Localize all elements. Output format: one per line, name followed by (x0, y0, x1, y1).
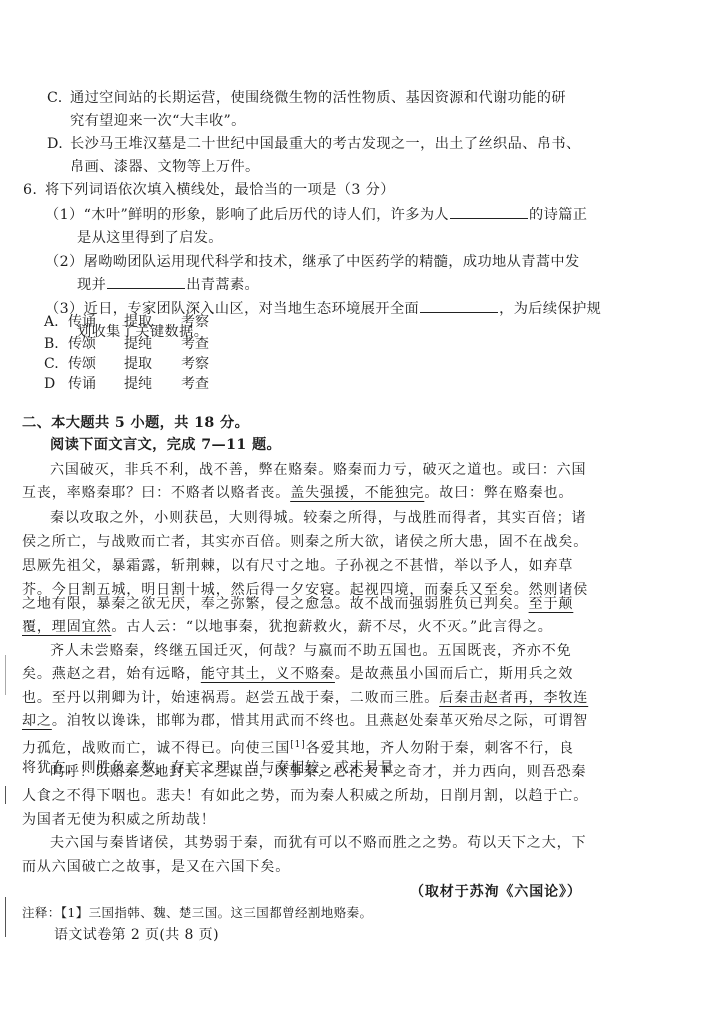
q6-blank-1[interactable] (450, 206, 528, 219)
passage-p3-line1: 齐人未尝赂秦，终继五国迁灭，何哉？与嬴而不助五国也。五国既丧，齐亦不免 (50, 641, 572, 661)
passage-p2-line5: 之地有限，暴秦之欲无厌，奉之弥繁，侵之愈急。故不战而强弱胜负已判矣。至于颠 (22, 594, 573, 614)
q6-sentence2-label: （2） (45, 254, 84, 270)
q6-sentence3-after: ，为后续保护规 (499, 301, 601, 317)
q6-sentence2-line1: 屠呦呦团队运用现代科学和技术，继承了中医药学的精髓，成功地从青蒿中发 (84, 254, 580, 270)
q6-choice-a-word1: 传诵 (68, 312, 96, 332)
q5-option-c-text-line2: 究有望迎来一次“大丰收”。 (70, 111, 246, 131)
q6-blank-3[interactable] (420, 300, 498, 313)
q6-sentence2: （2）屠呦呦团队运用现代科学和技术，继承了中医药学的精髓，成功地从青蒿中发 (45, 252, 580, 272)
q6-choice-b-word1: 传颂 (68, 334, 96, 354)
annotation-note: 注释：【1】三国指韩、魏、楚三国。这三国都曾经割地赂秦。 (22, 903, 372, 923)
passage-p1-line2: 互丧，率赂秦耶？曰：不赂者以赂者丧。盖失强援，不能独完。故曰：弊在赂秦也。 (22, 483, 573, 503)
passage-text: 。是故燕虽小国而后亡，斯用兵之效 (335, 666, 573, 682)
q6-choice-b-word2: 提纯 (124, 334, 152, 354)
page-footer: 语文试卷第 2 页(共 8 页) (54, 925, 219, 945)
q6-choice-c-label: C. (44, 354, 59, 374)
passage-text: 也。至丹以荆卿为计，始速祸焉。赵尝五战于秦，二败而三胜。 (22, 690, 439, 706)
passage-text: 。古人云：“以地事秦，犹抱薪救火，薪不尽，火不灭。”此言得之。 (111, 619, 552, 635)
passage-p5-line2: 而从六国破亡之故事，是又在六国下矣。 (22, 857, 290, 877)
passage-p1-line1: 六国破灭，非兵不利，战不善，弊在赂秦。赂秦而力亏，破灭之道也。或曰：六国 (50, 460, 586, 480)
q6-choice-c-word2: 提取 (124, 354, 152, 374)
passage-source: （取材于苏洵《六国论》） (410, 882, 582, 902)
scan-margin-mark (5, 786, 6, 804)
q6-choice-b-label: B. (44, 334, 59, 354)
q6-sentence1-label: （1） (45, 207, 84, 223)
passage-p3-line3: 也。至丹以荆卿为计，始速祸焉。赵尝五战于秦，二败而三胜。后秦击赵者再，李牧连 (22, 688, 588, 708)
passage-text: 。洎牧以谗诛，邯郸为郡，惜其用武而不终也。且燕赵处秦革灭殆尽之际，可谓智 (52, 713, 588, 729)
passage-p3-line2: 矣。燕赵之君，始有远略，能守其土，义不赂秦。是故燕虽小国而后亡，斯用兵之效 (22, 664, 573, 684)
q6-choice-d-word2: 提纯 (124, 374, 152, 394)
scan-margin-mark (5, 897, 6, 937)
passage-p4-line3: 为国者无使为积威之所劫哉！ (22, 810, 216, 830)
section2-instruction: 阅读下面文言文，完成 7—11 题。 (50, 435, 281, 455)
underlined-phrase: 覆，理固宜然 (22, 619, 111, 635)
q6-sentence1-after: 的诗篇正 (529, 207, 587, 223)
passage-p5-line1: 夫六国与秦皆诸侯，其势弱于秦，而犹有可以不赂而胜之之势。苟以天下之大，下 (50, 833, 586, 853)
passage-text: 。故曰：弊在赂秦也。 (424, 485, 573, 501)
passage-p2-line1: 秦以攻取之外，小则获邑，大则得城。较秦之所得，与战胜而得者，其实百倍；诸 (50, 508, 586, 528)
q6-choice-a[interactable]: A. 传诵 提取 考察 (44, 312, 344, 332)
passage-text: 矣。燕赵之君，始有远略， (22, 666, 201, 682)
q5-option-c-text-line1: 通过空间站的长期运营，使围绕微生物的活性物质、基因资源和代谢功能的研 (70, 88, 566, 108)
underlined-phrase: 却之 (22, 713, 52, 729)
underlined-phrase: 盖失强援，不能独完 (290, 485, 424, 501)
q6-stem: 将下列词语依次填入横线处，最恰当的一项是（3 分） (45, 180, 395, 200)
q6-choice-b-word3: 考查 (181, 334, 209, 354)
section2-heading: 二、本大题共 5 小题，共 18 分。 (22, 413, 249, 433)
q6-choice-b[interactable]: B. 传颂 提纯 考查 (44, 334, 344, 354)
q6-sentence2-line2: 现并出青蒿素。 (77, 275, 259, 295)
q5-option-d-label: D. (47, 134, 63, 154)
q6-number: 6. (23, 180, 37, 200)
q5-option-d-text-line1: 长沙马王堆汉墓是二十世纪中国最重大的考古发现之一，出土了丝织品、帛书、 (70, 134, 581, 154)
q6-choice-a-word3: 考察 (181, 312, 209, 332)
q6-choice-d-word1: 传诵 (68, 374, 96, 394)
q5-option-d-text-line2: 帛画、漆器、文物等上万件。 (70, 157, 260, 177)
passage-text: 力孤危，战败而亡，诚不得已。向使三国 (22, 741, 290, 757)
passage-p4-line1: 呜呼！以赂秦之地封天下之谋臣，以事秦之心礼天下之奇才，并力西向，则吾恐秦 (50, 762, 586, 782)
passage-text: 各爱其地，齐人勿附于秦，刺客不行，良 (306, 741, 574, 757)
q6-sentence1-line2: 是从这里得到了启发。 (77, 228, 223, 248)
passage-p2-line6: 覆，理固宜然。古人云：“以地事秦，犹抱薪救火，薪不尽，火不灭。”此言得之。 (22, 617, 553, 637)
q6-choice-d[interactable]: D 传诵 提纯 考查 (44, 374, 344, 394)
passage-p2-line3: 思厥先祖父，暴霜露，斩荆棘，以有尺寸之地。子孙视之不甚惜，举以予人，如弃草 (22, 556, 573, 576)
passage-p3-line4: 却之。洎牧以谗诛，邯郸为郡，惜其用武而不终也。且燕赵处秦革灭殆尽之际，可谓智 (22, 711, 588, 731)
underlined-phrase: 能守其土，义不赂秦 (201, 666, 335, 682)
q6-sentence2-after: 出青蒿素。 (186, 277, 259, 293)
q6-choice-d-word3: 考查 (181, 374, 209, 394)
q6-choice-d-label: D (44, 374, 55, 394)
footnote-marker[interactable]: [1] (290, 740, 305, 750)
underlined-phrase: 至于颠 (529, 596, 574, 612)
q6-sentence2-before: 现并 (77, 277, 106, 293)
q6-sentence1-before: “木叶”鲜明的形象，影响了此后历代的诗人们，许多为人 (84, 207, 449, 223)
q6-choice-c-word3: 考察 (181, 354, 209, 374)
q6-choice-a-word2: 提取 (124, 312, 152, 332)
q6-sentence1: （1）“木叶”鲜明的形象，影响了此后历代的诗人们，许多为人的诗篇正 (45, 205, 587, 225)
passage-text: 之地有限，暴秦之欲无厌，奉之弥繁，侵之愈急。故不战而强弱胜负已判矣。 (22, 596, 529, 612)
q6-blank-2[interactable] (107, 276, 185, 289)
q6-choice-c[interactable]: C. 传颂 提取 考察 (44, 354, 344, 374)
passage-p4-line2: 人食之不得下咽也。悲夫！有如此之势，而为秦人积威之所劫，日削月割，以趋于亡。 (22, 786, 588, 806)
q5-option-c-label: C. (47, 88, 63, 108)
underlined-phrase: 后秦击赵者再，李牧连 (439, 690, 588, 706)
q6-choice-a-label: A. (44, 312, 59, 332)
passage-p2-line2: 侯之所亡，与战败而亡者，其实亦百倍。则秦之所大欲，诸侯之所大患，固不在战矣。 (22, 532, 588, 552)
passage-text: 互丧，率赂秦耶？曰：不赂者以赂者丧。 (22, 485, 290, 501)
passage-p3-line5: 力孤危，战败而亡，诚不得已。向使三国[1]各爱其地，齐人勿附于秦，刺客不行，良 (22, 735, 574, 759)
scan-margin-mark (5, 655, 6, 695)
q6-choice-c-word1: 传颂 (68, 354, 96, 374)
